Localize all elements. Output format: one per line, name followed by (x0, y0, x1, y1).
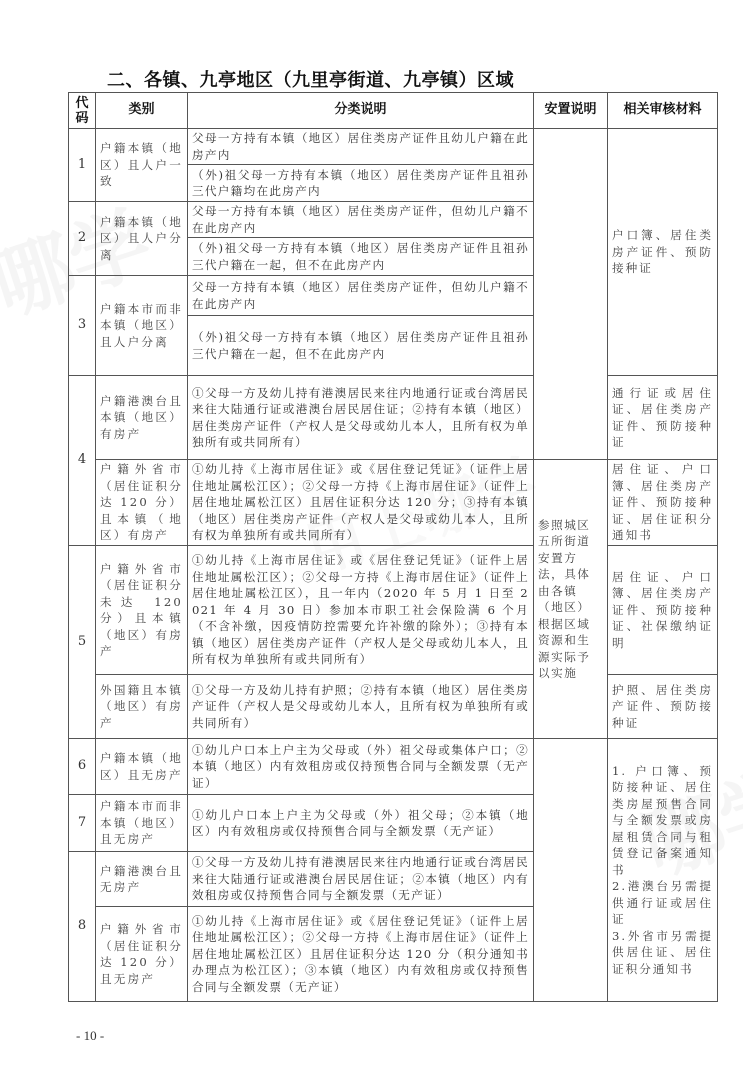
materials-cell: 通行证或居住证、居住类房产证件、预防接种证 (608, 376, 718, 460)
row-code: 7 (69, 795, 96, 852)
header-materials: 相关审核材料 (608, 93, 718, 129)
row-description: （外)祖父母一方持有本镇（地区）居住类房产证件且祖孙三代户籍在一起，但不在此房产… (188, 316, 534, 376)
row-code: 5 (69, 546, 96, 739)
row-category: 户籍外省市（居住证积分未达 120 分）且本镇（地区）有房产 (96, 546, 188, 675)
row-category: 户籍外省市（居住证积分达 120 分）且本镇（地区）有房产 (96, 460, 188, 546)
table-row: 1 户籍本镇（地区）且人户一致 父母一方持有本镇（地区）居住类房产证件且幼儿户籍… (69, 129, 718, 165)
row-category: 户籍港澳台且本镇（地区）有房产 (96, 376, 188, 460)
header-description: 分类说明 (188, 93, 534, 129)
row-description: ①父母一方及幼儿持有港澳居民来往内地通行证或台湾居民来往大陆通行证或港澳台居民居… (188, 852, 534, 907)
materials-cell: 户口簿、居住类房产证件、预防接种证 (608, 129, 718, 376)
row-category: 外国籍且本镇（地区）有房产 (96, 675, 188, 739)
materials-item: 2.港澳台另需提供通行证或居住证 (612, 878, 713, 928)
materials-cell: 居住证、户口簿、居住类房产证件、预防接种证、居住证积分通知书 (608, 460, 718, 546)
placement-cell-empty (534, 739, 608, 1002)
table-row: 5 户籍外省市（居住证积分未达 120 分）且本镇（地区）有房产 ①幼儿持《上海… (69, 546, 718, 675)
row-code: 1 (69, 129, 96, 202)
row-description: （外)祖父母一方持有本镇（地区）居住类房产证件且祖孙三代户籍均在此房产内 (188, 165, 534, 202)
row-description: ①父母一方及幼儿持有护照；②持有本镇（地区）居住类房产证件（产权人是父母或幼儿本… (188, 675, 534, 739)
table-row: 6 户籍本镇（地区）且无房产 ①幼儿户口本上户主为父母或（外）祖父母或集体户口；… (69, 739, 718, 795)
row-description: 父母一方持有本镇（地区）居住类房产证件，但幼儿户籍不在此房产内 (188, 202, 534, 238)
placement-cell: 参照城区五所街道安置方法，具体由各镇（地区）根据区域资源和生源实际予以实施 (534, 460, 608, 739)
row-description: ①幼儿持《上海市居住证》或《居住登记凭证》（证件上居住地址属松江区）；②父母一方… (188, 460, 534, 546)
table-header-row: 代码 类别 分类说明 安置说明 相关审核材料 (69, 93, 718, 129)
row-category: 户籍外省市（居住证积分达 120 分）且无房产 (96, 907, 188, 1002)
materials-item: 1. 户口簿、预防接种证、居住类房屋预售合同与全额发票或房屋租赁合同与租赁登记备… (612, 763, 713, 879)
row-description: ①幼儿户口本上户主为父母或（外）祖父母或集体户口；②本镇（地区）内有效租房或仅持… (188, 739, 534, 795)
row-category: 户籍本镇（地区）且人户一致 (96, 129, 188, 202)
section-title: 二、各镇、九亭地区（九里亭街道、九亭镇）区域 (107, 66, 514, 92)
table-row: 外国籍且本镇（地区）有房产 ①父母一方及幼儿持有护照；②持有本镇（地区）居住类房… (69, 675, 718, 739)
row-category: 户籍本市而非本镇（地区）且无房产 (96, 795, 188, 852)
header-code: 代码 (69, 93, 96, 129)
row-description: ①父母一方及幼儿持有港澳居民来往内地通行证或台湾居民来往大陆通行证或港澳台居民居… (188, 376, 534, 460)
page-number: - 10 - (76, 1028, 104, 1044)
row-description: 父母一方持有本镇（地区）居住类房产证件，但幼儿户籍不在此房产内 (188, 276, 534, 316)
materials-cell: 居住证、户口簿、居住类房产证件、预防接种证、社保缴纳证明 (608, 546, 718, 675)
row-description: （外)祖父母一方持有本镇（地区）居住类房产证件且祖孙三代户籍在一起，但不在此房产… (188, 238, 534, 276)
row-category: 户籍本市而非本镇（地区）且人户分离 (96, 276, 188, 376)
materials-cell: 1. 户口簿、预防接种证、居住类房屋预售合同与全额发票或房屋租赁合同与租赁登记备… (608, 739, 718, 1002)
row-description: 父母一方持有本镇（地区）居住类房产证件且幼儿户籍在此房产内 (188, 129, 534, 165)
enrollment-policy-table: 代码 类别 分类说明 安置说明 相关审核材料 1 户籍本镇（地区）且人户一致 父… (68, 92, 718, 1002)
table-row: 户籍外省市（居住证积分达 120 分）且本镇（地区）有房产 ①幼儿持《上海市居住… (69, 460, 718, 546)
header-placement: 安置说明 (534, 93, 608, 129)
row-code: 2 (69, 202, 96, 276)
materials-item: 3.外省市另需提供居住证、居住证积分通知书 (612, 928, 713, 978)
header-category: 类别 (96, 93, 188, 129)
placement-cell (534, 129, 608, 460)
row-description: ①幼儿持《上海市居住证》或《居住登记凭证》（证件上居住地址属松江区）；②父母一方… (188, 907, 534, 1002)
row-category: 户籍港澳台且无房产 (96, 852, 188, 907)
materials-cell: 护照、居住类房产证件、预防接种证 (608, 675, 718, 739)
row-description: ①幼儿持《上海市居住证》或《居住登记凭证》（证件上居住地址属松江区）；②父母一方… (188, 546, 534, 675)
row-category: 户籍本镇（地区）且人户分离 (96, 202, 188, 276)
row-code: 8 (69, 852, 96, 1002)
row-code: 4 (69, 376, 96, 546)
row-category: 户籍本镇（地区）且无房产 (96, 739, 188, 795)
table-row: 4 户籍港澳台且本镇（地区）有房产 ①父母一方及幼儿持有港澳居民来往内地通行证或… (69, 376, 718, 460)
row-code: 6 (69, 739, 96, 795)
row-description: ①幼儿户口本上户主为父母或（外）祖父母；②本镇（地区）内有效租房或仅持预售合同与… (188, 795, 534, 852)
row-code: 3 (69, 276, 96, 376)
